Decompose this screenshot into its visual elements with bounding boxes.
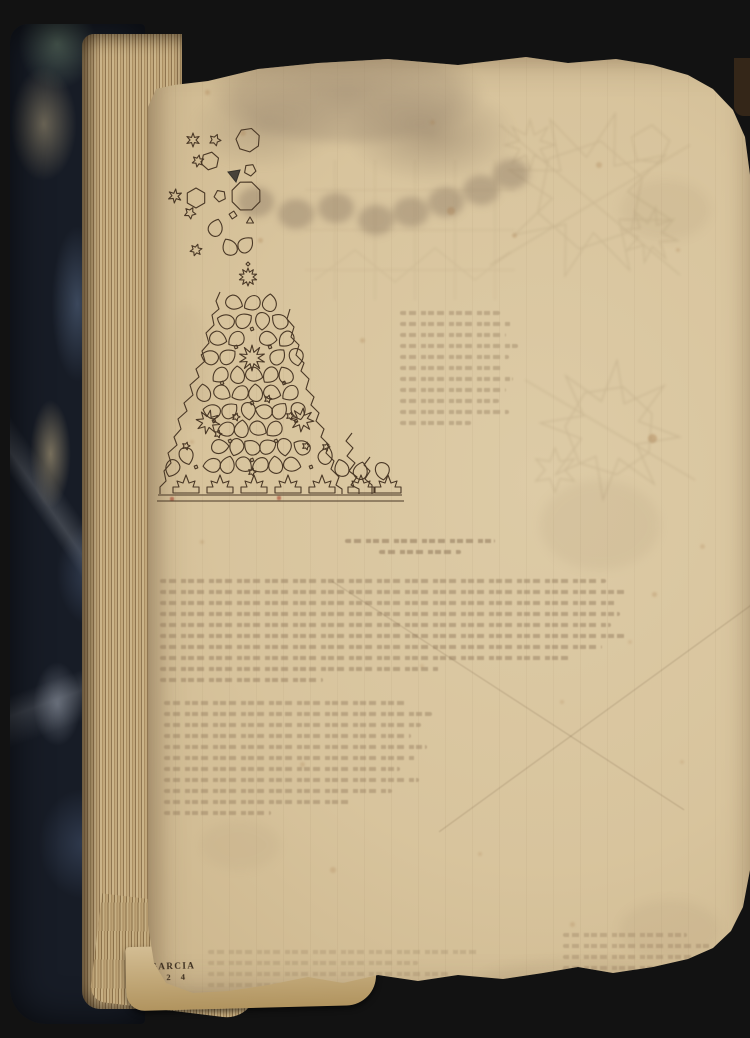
showthrough-text <box>345 539 495 561</box>
foxing-spot <box>628 640 632 644</box>
showthrough-text <box>563 933 718 988</box>
photo-background: GARCIA N 2 4 <box>0 0 750 1038</box>
foxing-spot <box>680 760 684 764</box>
foxing-spot <box>330 867 336 873</box>
foxing-spot <box>200 540 204 544</box>
showthrough-text <box>400 311 518 432</box>
showthrough-text <box>164 701 432 822</box>
book-page: GARCIA N 2 4 <box>148 55 750 1000</box>
foxing-spot <box>652 592 657 597</box>
showthrough-pattern-mid-right <box>515 340 705 520</box>
foxing-spot <box>560 700 564 704</box>
foxing-spot <box>430 120 435 125</box>
paper-blotch <box>200 820 280 870</box>
showthrough-text <box>160 579 625 689</box>
foxing-spot <box>570 922 575 927</box>
foxing-spot <box>205 90 210 95</box>
foxing-spot <box>700 544 705 549</box>
showthrough-pattern-under-stain <box>295 150 525 310</box>
foxing-spot <box>478 852 482 856</box>
binding-edge <box>734 58 750 116</box>
